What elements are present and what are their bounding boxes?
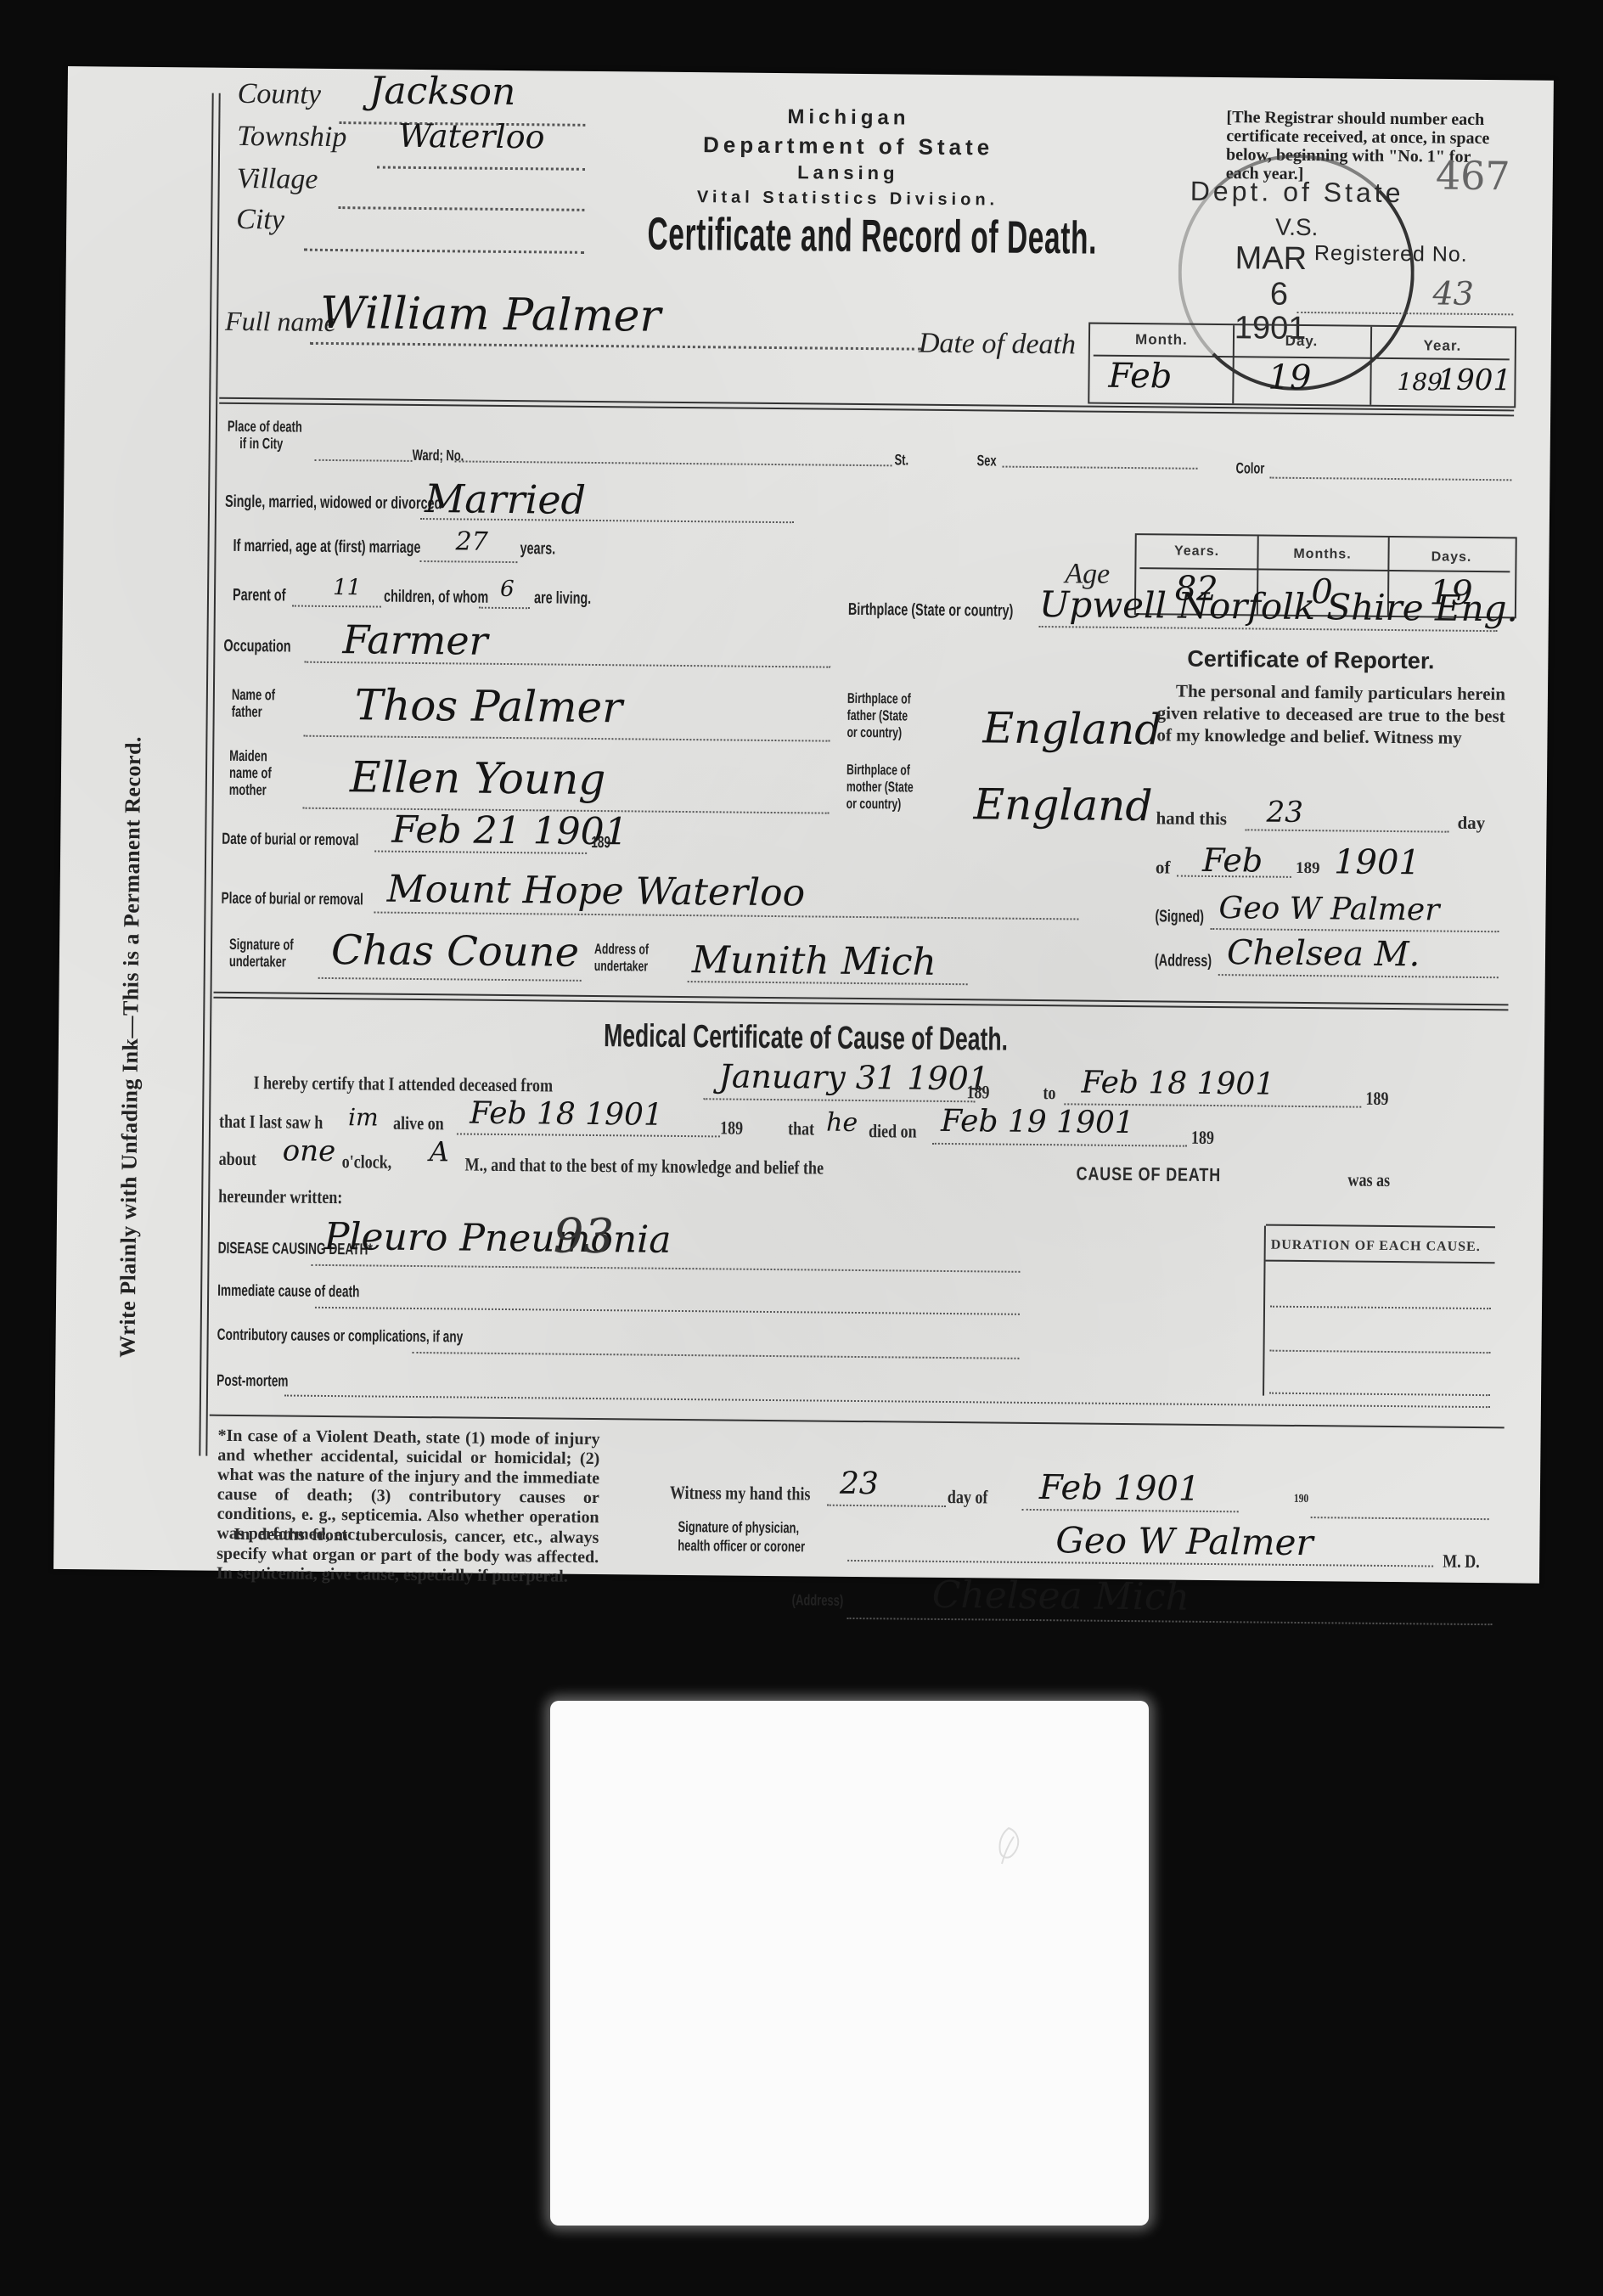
children-of-whom-label: children, of whom [384, 588, 488, 608]
sex-line [1003, 466, 1198, 470]
city-line [304, 249, 584, 254]
color-label: Color [1235, 459, 1264, 477]
reporter-statement: The personal and family particulars here… [1156, 679, 1505, 749]
mother-name-value: Ellen Young [350, 752, 606, 804]
last-saw-pronoun: im [348, 1103, 379, 1131]
section-divider-2 [213, 992, 1508, 1011]
physician-address-label: (Address) [792, 1591, 844, 1610]
hereunder-label: hereunder written: [218, 1185, 342, 1208]
physician-year-suffix: 190 [1294, 1493, 1308, 1506]
undertaker-address-label: Address ofundertaker [594, 941, 649, 976]
day-header: Day. [1233, 332, 1370, 351]
reporter-day-label: day [1457, 812, 1485, 834]
undertaker-address: Munith Mich [692, 938, 936, 984]
burial-date-label: Date of burial or removal [222, 830, 358, 851]
reporter-year-prefix: 189 [1296, 858, 1320, 880]
full-name-line [310, 342, 921, 351]
reporter-day: 23 [1266, 796, 1303, 830]
stamp-arc-text: Dept. of State [1182, 176, 1411, 210]
suffix-189-2: 189 [1365, 1088, 1388, 1110]
cause-of-death-caps: CAUSE OF DEATH [1076, 1162, 1221, 1186]
death-year: 1901 [1437, 363, 1511, 398]
suffix-189-3: 189 [720, 1117, 743, 1139]
last-saw-label: that I last saw h [219, 1111, 323, 1134]
postmortem-label: Post-mortem [217, 1372, 289, 1392]
last-saw-date: Feb 18 1901 [470, 1096, 663, 1133]
county-label: County [238, 78, 322, 111]
parent-of-label: Parent of [233, 586, 286, 606]
are-living-label: are living. [534, 588, 591, 609]
reporter-signature: Geo W Palmer [1218, 891, 1439, 927]
section-divider-3 [210, 1415, 1505, 1429]
died-on-label: died on [869, 1120, 917, 1143]
reporter-address-label: (Address) [1155, 951, 1212, 971]
village-line [338, 206, 584, 211]
knowledge-label: M., and that to the best of my knowledge… [464, 1154, 824, 1179]
age-months-header: Months. [1257, 546, 1387, 562]
duration-header: Duration of Each Cause. [1271, 1238, 1481, 1255]
day-of-label: day of [948, 1486, 988, 1508]
age-first-marriage-value: 27 [455, 526, 488, 556]
children-count: 11 [333, 575, 361, 600]
blank-card-region [550, 1701, 1149, 2226]
father-birthplace-label: Birthplace offather (Stateor country) [846, 690, 910, 742]
mother-birthplace-label: Birthplace ofmother (Stateor country) [846, 762, 914, 813]
disease-code: 93 [553, 1209, 614, 1265]
father-name-label: Name offather [232, 686, 276, 720]
witness-label: Witness my hand this [670, 1482, 811, 1505]
reporter-hand-this-label: hand this [1156, 807, 1227, 830]
physician-signature: Geo W Palmer [1055, 1519, 1313, 1563]
md-label: M. D. [1443, 1550, 1480, 1573]
physician-month-year: Feb 1901 [1039, 1468, 1201, 1509]
birthplace-label: Birthplace (State or country) [848, 600, 1014, 622]
death-month: Feb [1108, 357, 1172, 397]
year-header: Year. [1370, 337, 1515, 356]
years-label: years. [520, 539, 555, 559]
suffix-189-4: 189 [1191, 1127, 1214, 1149]
header-department: Department of State [610, 131, 1086, 161]
tuberculosis-footnote: In deaths from tuberculosis, cancer, etc… [217, 1525, 599, 1587]
mother-birthplace-value: England [973, 779, 1152, 830]
certificate-title: Certificate and Record of Death. [647, 208, 1048, 265]
township-label: Township [237, 121, 347, 154]
header-state: Michigan [610, 104, 1086, 132]
died-on-date: Feb 19 1901 [941, 1104, 1134, 1140]
burial-date-suffix: 189 [591, 834, 610, 853]
stamp-vs: V.S. [1182, 213, 1411, 243]
age-first-marriage-label: If married, age at (first) marriage [233, 537, 420, 558]
month-header: Month. [1090, 331, 1233, 350]
death-year-prefix: 189 [1397, 368, 1443, 397]
meridiem-value: A [430, 1135, 449, 1168]
physician-address: Chelsea Mich [932, 1573, 1190, 1619]
hour-value: one [283, 1134, 336, 1168]
duration-line-2 [1270, 1350, 1491, 1353]
medical-certificate-title: Medical Certificate of Cause of Death. [544, 1017, 1067, 1059]
registered-no-label: Registered No. [1314, 241, 1468, 267]
attended-label: I hereby certify that I attended decease… [253, 1072, 553, 1096]
age-years-header: Years. [1136, 543, 1257, 560]
reporter-signed-label: (Signed) [1155, 907, 1204, 927]
reporter-year: 1901 [1334, 842, 1420, 882]
st-label: St. [894, 451, 908, 469]
attended-from: January 31 1901 [718, 1057, 989, 1097]
full-name-value: William Palmer [320, 288, 661, 342]
stamp-day: 6 [1164, 275, 1393, 314]
reporter-title: Certificate of Reporter. [1187, 646, 1434, 675]
death-day: 19 [1268, 358, 1311, 397]
father-name-value: Thos Palmer [355, 680, 623, 732]
marital-status-label: Single, married, widowed or divorced [225, 492, 442, 514]
date-of-death-label: Date of death [919, 328, 1076, 362]
township-line [377, 166, 585, 170]
burial-place-value: Mount Hope Waterloo [386, 868, 805, 915]
birthplace-value: Upwell Norfolk Shire Eng. [1039, 583, 1518, 629]
physician-signature-label: Signature of physician,health officer or… [678, 1517, 805, 1556]
file-number: 467 [1436, 152, 1510, 199]
marital-status-value: Married [425, 476, 586, 523]
header-city: Lansing [610, 160, 1086, 186]
attended-to: Feb 18 1901 [1081, 1066, 1274, 1102]
death-certificate: Write Plainly with Unfading Ink—This is … [53, 66, 1554, 1584]
to-label: to [1043, 1082, 1055, 1104]
city-label: City [236, 204, 284, 237]
disease-value: Pleuro Pneumonia [324, 1215, 672, 1262]
occupation-label: Occupation [223, 637, 290, 657]
duration-line-3 [1269, 1393, 1490, 1396]
reporter-address: Chelsea M. [1227, 933, 1420, 974]
place-of-death-label: Place of deathif in City [228, 418, 302, 453]
undertaker-signature-label: Signature ofundertaker [229, 936, 294, 971]
oclock-label: o'clock, [342, 1151, 392, 1173]
alive-on-label: alive on [393, 1112, 444, 1135]
undertaker-signature: Chas Coune [331, 926, 580, 976]
suffix-189-1: 189 [966, 1081, 989, 1103]
permanent-record-notice: Write Plainly with Unfading Ink—This is … [115, 736, 146, 1358]
about-label: about [219, 1148, 256, 1170]
mother-name-label: Maidenname ofmother [229, 747, 272, 798]
father-birthplace-value: England [982, 703, 1161, 754]
immediate-cause-label: Immediate cause of death [217, 1282, 359, 1303]
occupation-value: Farmer [342, 616, 488, 664]
was-as-label: was as [1347, 1169, 1390, 1191]
village-label: Village [237, 163, 318, 196]
registered-no: 43 [1432, 274, 1474, 312]
sex-label: Sex [976, 452, 996, 470]
children-living: 6 [500, 577, 515, 602]
burial-place-label: Place of burial or removal [221, 890, 363, 910]
color-line [1269, 477, 1511, 481]
reporter-of-label: of [1156, 856, 1171, 878]
physician-day: 23 [840, 1466, 879, 1501]
that-label: that [788, 1117, 814, 1140]
leaf-watermark-icon [993, 1826, 1024, 1867]
reporter-month: Feb [1202, 841, 1263, 880]
county-value: Jackson [368, 69, 515, 114]
duration-line-1 [1270, 1306, 1491, 1309]
contributory-label: Contributory causes or complications, if… [217, 1326, 464, 1348]
that-pronoun: he [826, 1108, 858, 1138]
township-value: Waterloo [398, 117, 545, 156]
age-days-header: Days. [1387, 549, 1515, 566]
date-of-death-table: Month. Day. Year. Feb 19 189 1901 [1088, 323, 1516, 408]
